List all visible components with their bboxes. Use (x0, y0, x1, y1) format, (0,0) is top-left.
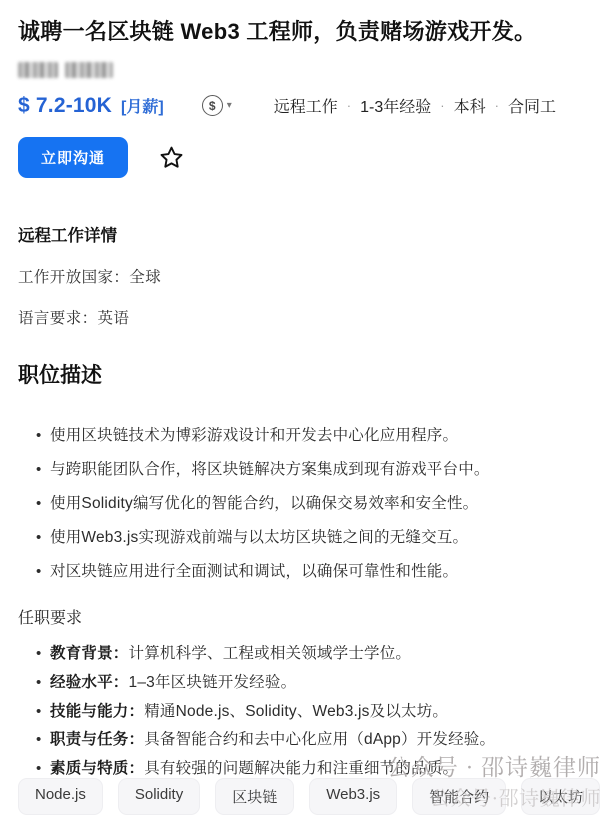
list-item: 教育背景：计算机科学、工程或相关领域学士学位。 (36, 643, 589, 665)
language-requirement-row: 语言要求：英语 (18, 306, 589, 328)
skill-tags-row: Node.js Solidity 区块链 Web3.js 智能合约 以太坊 (18, 778, 600, 815)
requirement-label: 技能与能力： (50, 703, 144, 720)
list-item: 使用Web3.js实现游戏前端与以太坊区块链之间的无缝交互。 (36, 527, 589, 549)
meta-separator: · (347, 98, 351, 113)
requirement-label: 职责与任务： (50, 731, 144, 748)
tag-solidity[interactable]: Solidity (118, 778, 200, 815)
meta-experience: 1-3年经验 (360, 94, 431, 117)
list-item: 使用Solidity编写优化的智能合约，以确保交易效率和安全性。 (36, 493, 589, 515)
meta-remote: 远程工作 (274, 94, 338, 117)
tag-nodejs[interactable]: Node.js (18, 778, 103, 815)
favorite-button[interactable] (158, 144, 185, 171)
job-meta: 远程工作 · 1-3年经验 · 本科 · 合同工 (274, 94, 556, 117)
requirement-text: 精通Node.js、Solidity、Web3.js及以太坊。 (144, 703, 448, 720)
salary-row: $ 7.2-10K [月薪] $ ▾ 远程工作 · 1-3年经验 · 本科 · … (18, 94, 589, 118)
job-description-list: 使用区块链技术为博彩游戏设计和开发去中心化应用程序。 与跨职能团队合作，将区块链… (18, 425, 589, 583)
meta-separator: · (495, 98, 499, 113)
salary-amount: $ 7.2-10K (18, 94, 112, 118)
meta-employment-type: 合同工 (508, 94, 556, 117)
communicate-now-button[interactable]: 立即沟通 (18, 137, 128, 178)
list-item: 对区块链应用进行全面测试和调试，以确保可靠性和性能。 (36, 561, 589, 583)
list-item: 技能与能力：精通Node.js、Solidity、Web3.js及以太坊。 (36, 701, 589, 723)
cta-row: 立即沟通 (18, 137, 589, 178)
currency-selector-dropdown[interactable]: $ ▾ (202, 95, 232, 116)
redacted-block (65, 62, 113, 78)
tag-web3js[interactable]: Web3.js (309, 778, 397, 815)
requirement-label: 教育背景： (50, 645, 129, 662)
open-countries-row: 工作开放国家：全球 (18, 265, 589, 287)
list-item: 经验水平：1–3年区块链开发经验。 (36, 672, 589, 694)
requirement-text: 具备智能合约和去中心化应用（dApp）开发经验。 (144, 731, 495, 748)
remote-details-heading: 远程工作详情 (18, 222, 589, 246)
star-outline-icon (158, 144, 185, 171)
caret-down-icon: ▾ (227, 101, 232, 111)
job-posting-page: 诚聘一名区块链 Web3 工程师，负责赌场游戏开发。 $ 7.2-10K [月薪… (0, 17, 609, 780)
salary-period-badge: [月薪] (121, 94, 164, 117)
company-name-redacted (18, 60, 589, 81)
tag-blockchain[interactable]: 区块链 (215, 778, 294, 815)
list-item: 使用区块链技术为博彩游戏设计和开发去中心化应用程序。 (36, 425, 589, 447)
meta-separator: · (440, 98, 444, 113)
requirements-heading: 任职要求 (18, 605, 589, 628)
meta-education: 本科 (454, 94, 486, 117)
list-item: 职责与任务：具备智能合约和去中心化应用（dApp）开发经验。 (36, 729, 589, 751)
list-item: 与跨职能团队合作，将区块链解决方案集成到现有游戏平台中。 (36, 459, 589, 481)
dollar-coin-icon: $ (202, 95, 223, 116)
tag-smart-contract[interactable]: 智能合约 (412, 778, 506, 815)
requirement-label: 素质与特质： (50, 760, 144, 777)
page-title: 诚聘一名区块链 Web3 工程师，负责赌场游戏开发。 (18, 17, 589, 47)
requirement-text: 1–3年区块链开发经验。 (129, 674, 297, 691)
redacted-block (18, 62, 58, 78)
tag-ethereum[interactable]: 以太坊 (521, 778, 600, 815)
job-description-heading: 职位描述 (18, 359, 589, 389)
requirement-text: 计算机科学、工程或相关领域学士学位。 (129, 645, 412, 662)
requirement-label: 经验水平： (50, 674, 129, 691)
